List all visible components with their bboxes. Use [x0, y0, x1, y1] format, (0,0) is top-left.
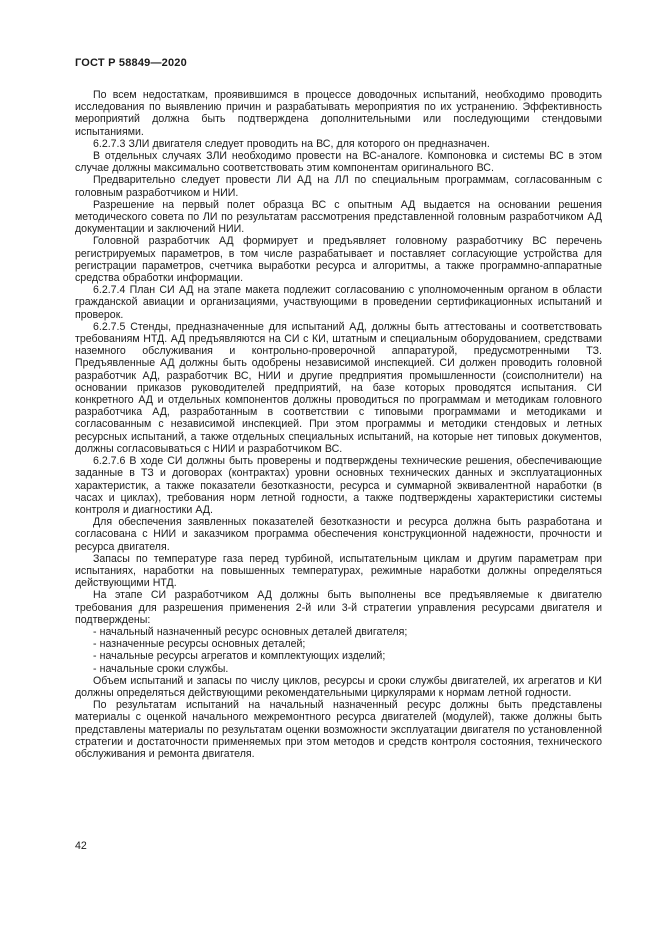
list-item: - назначенные ресурсы основных деталей; — [75, 638, 602, 650]
paragraph: Запасы по температуре газа перед турбино… — [75, 553, 602, 590]
paragraph: 6.2.7.3 ЗЛИ двигателя следует проводить … — [75, 138, 602, 150]
paragraph: Объем испытаний и запасы по числу циклов… — [75, 675, 602, 699]
document-header: ГОСТ Р 58849—2020 — [75, 57, 187, 69]
paragraph: Предварительно следует провести ЛИ АД на… — [75, 174, 602, 198]
list-item: - начальные ресурсы агрегатов и комплект… — [75, 650, 602, 662]
page-number: 42 — [75, 840, 87, 852]
paragraph: Головной разработчик АД формирует и пред… — [75, 235, 602, 284]
paragraph: 6.2.7.5 Стенды, предназначенные для испы… — [75, 321, 602, 455]
paragraph: На этапе СИ разработчиком АД должны быть… — [75, 589, 602, 626]
paragraph: Разрешение на первый полет образца ВС с … — [75, 199, 602, 236]
paragraph: По результатам испытаний на начальный на… — [75, 699, 602, 760]
list-item: - начальный назначенный ресурс основных … — [75, 626, 602, 638]
paragraph: В отдельных случаях ЗЛИ необходимо прове… — [75, 150, 602, 174]
paragraph: 6.2.7.6 В ходе СИ должны быть проверены … — [75, 455, 602, 516]
paragraph: Для обеспечения заявленных показателей б… — [75, 516, 602, 553]
paragraph: По всем недостаткам, проявившимся в проц… — [75, 89, 602, 138]
document-body: По всем недостаткам, проявившимся в проц… — [75, 89, 602, 760]
list-item: - начальные сроки службы. — [75, 663, 602, 675]
document-page: ГОСТ Р 58849—2020 По всем недостаткам, п… — [0, 0, 661, 935]
paragraph: 6.2.7.4 План СИ АД на этапе макета подле… — [75, 284, 602, 321]
